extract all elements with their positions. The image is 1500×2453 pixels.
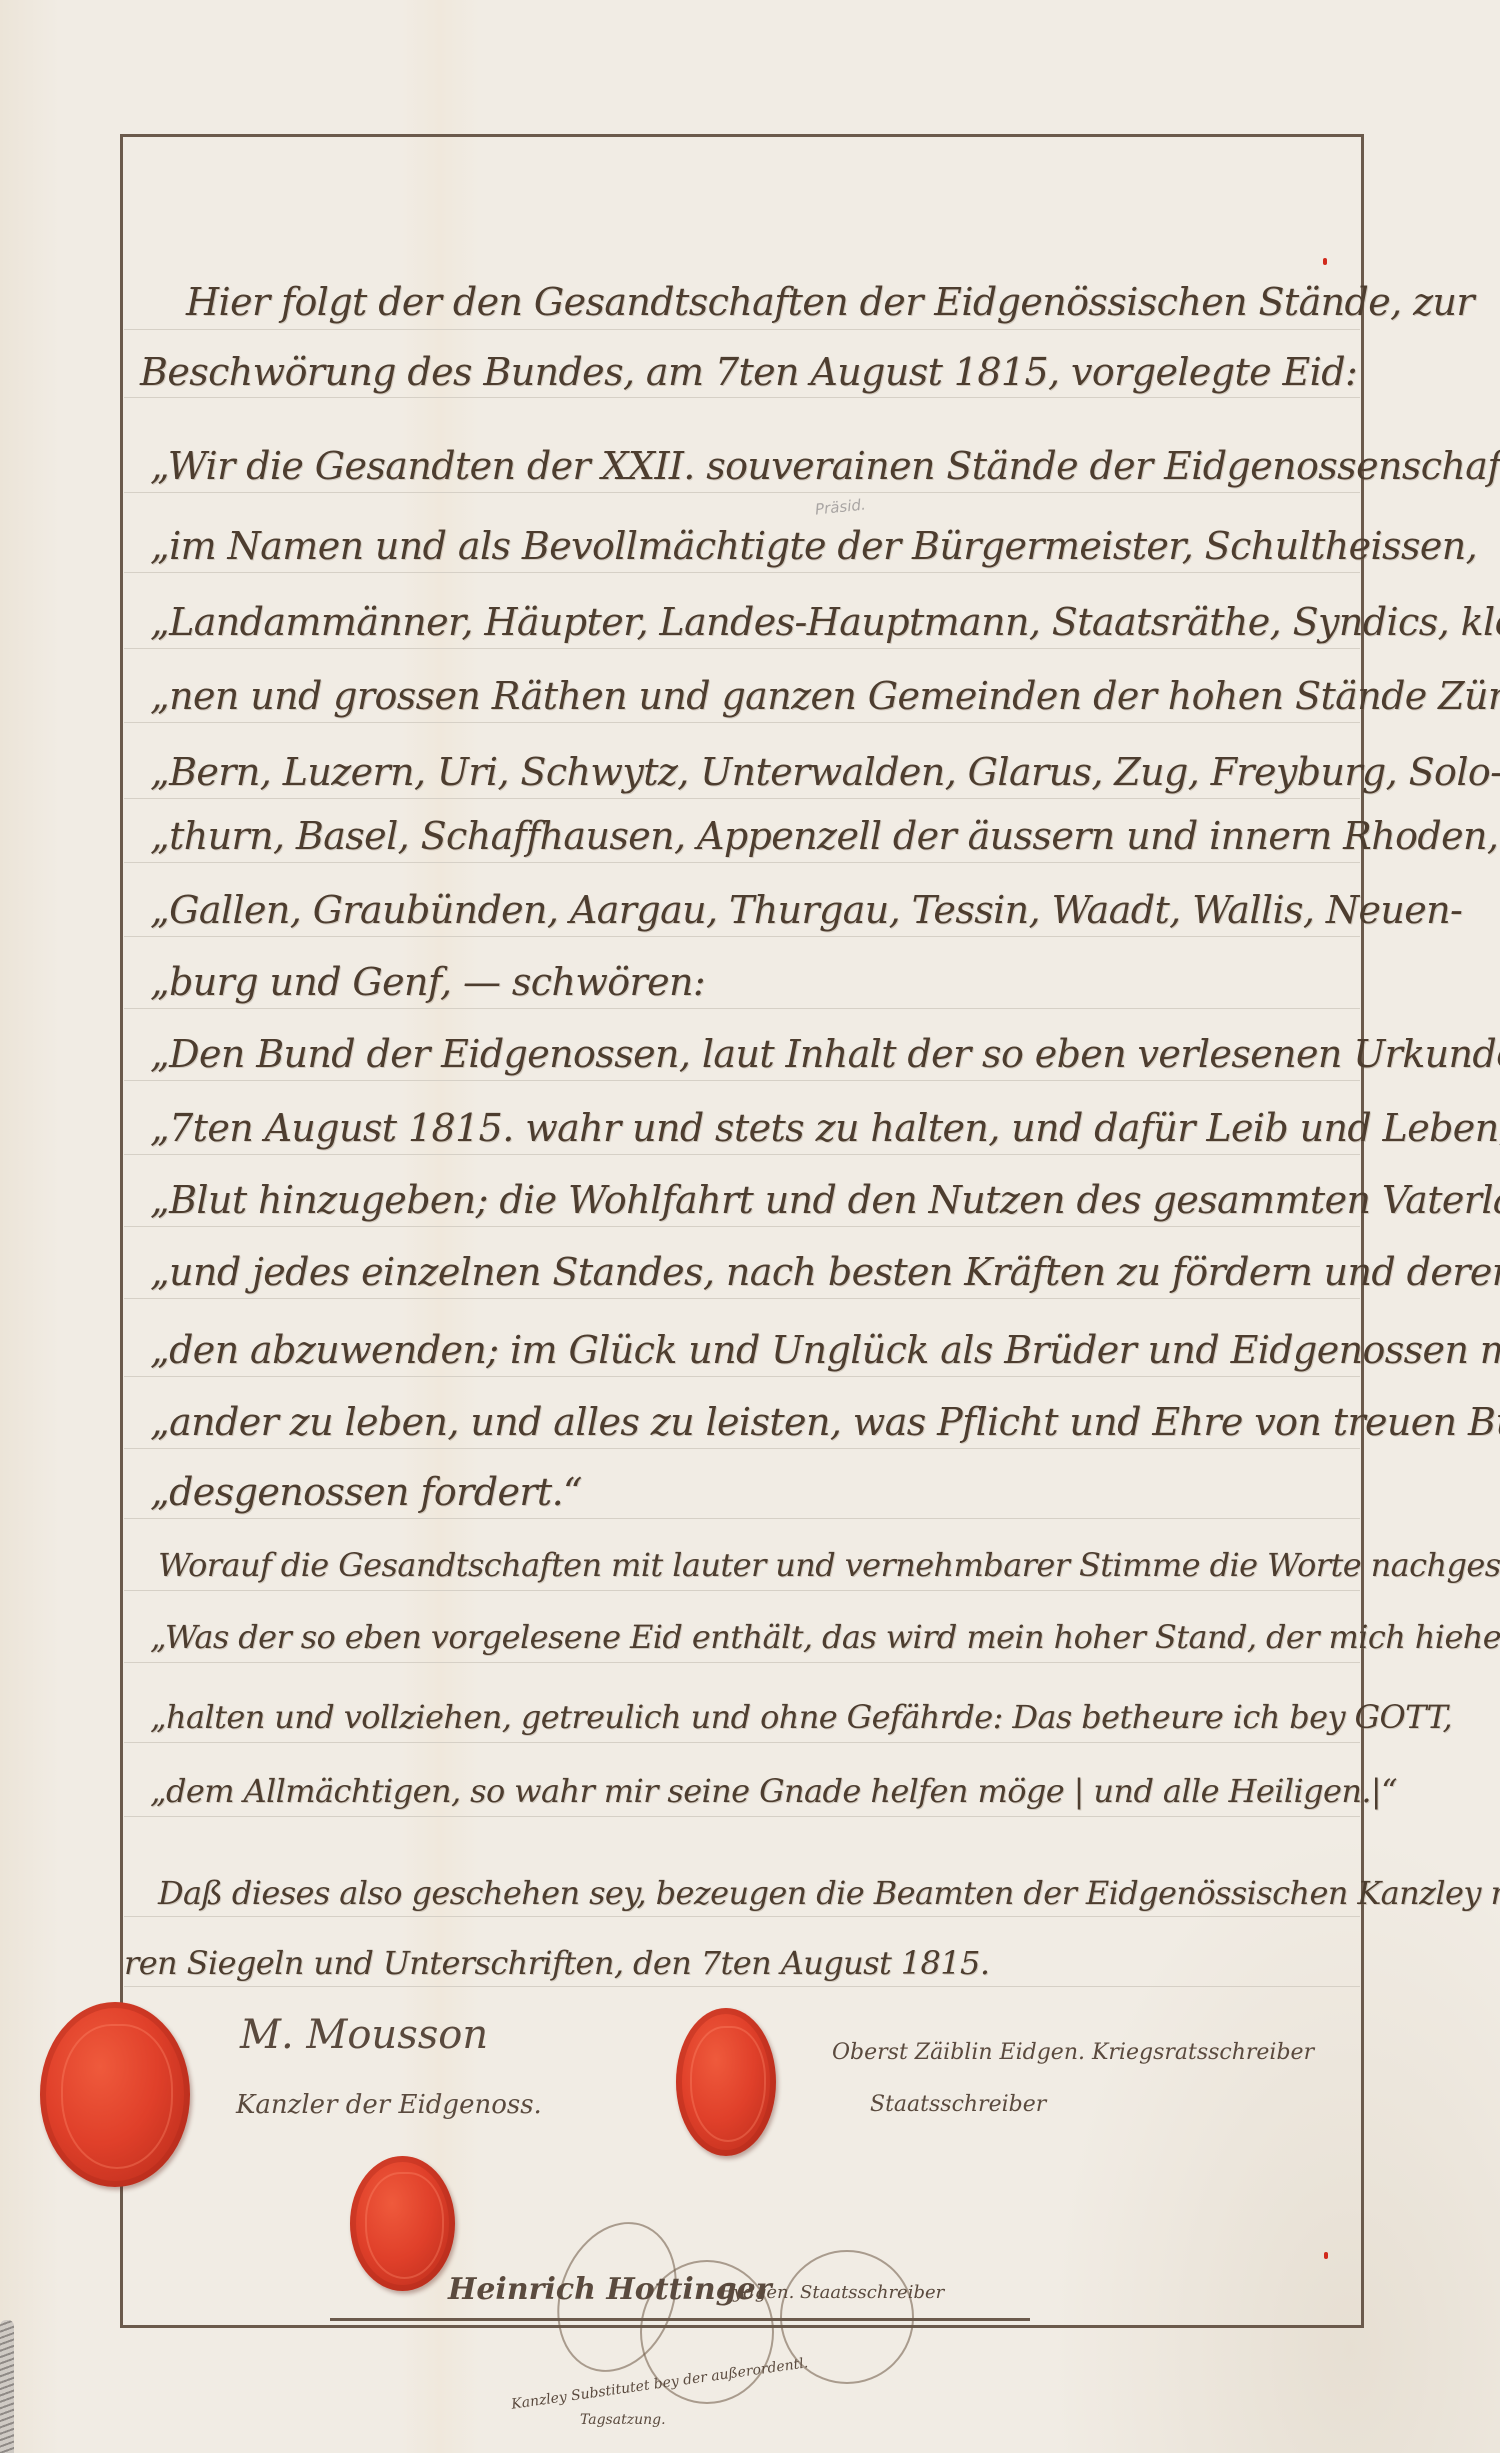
vow-line: „den abzuwenden; im Glück und Unglück al… <box>150 1328 1500 1372</box>
response-line: „dem Allmächtigen, so wahr mir seine Gna… <box>150 1772 1397 1810</box>
heading-line-1: Hier folgt der den Gesandtschaften der E… <box>186 280 1474 324</box>
oath-line: „nen und grossen Räthen und ganzen Gemei… <box>150 674 1500 718</box>
heading-line-2: Beschwörung des Bundes, am 7ten August 1… <box>140 350 1357 394</box>
oath-line: „Gallen, Graubünden, Aargau, Thurgau, Te… <box>150 888 1462 932</box>
vow-line: „7ten August 1815. wahr und stets zu hal… <box>150 1106 1500 1150</box>
ruled-line <box>124 1986 1360 1987</box>
wax-seal-icon <box>350 2156 455 2291</box>
ruled-line <box>124 1662 1360 1663</box>
binding-cord-icon <box>0 2320 14 2453</box>
signature-underline <box>330 2318 1030 2321</box>
ruled-line <box>124 1298 1360 1299</box>
ruled-line <box>124 1816 1360 1817</box>
vow-line: „Blut hinzugeben; die Wohlfahrt und den … <box>150 1178 1500 1222</box>
ruled-line <box>124 1154 1360 1155</box>
attestation-line: Daß dieses also geschehen sey, bezeugen … <box>158 1874 1500 1912</box>
vow-line: „ander zu leben, und alles zu leisten, w… <box>150 1400 1500 1444</box>
ruled-line <box>124 1590 1360 1591</box>
response-line: „Was der so eben vorgelesene Eid enthält… <box>150 1618 1500 1656</box>
vow-line: „und jedes einzelnen Standes, nach beste… <box>150 1250 1500 1294</box>
oath-line: „im Namen und als Bevollmächtigte der Bü… <box>150 524 1477 568</box>
signature-name: M. Mousson <box>240 2012 488 2058</box>
attestation-line: ren Siegeln und Unterschriften, den 7ten… <box>124 1944 989 1982</box>
response-line: Worauf die Gesandtschaften mit lauter un… <box>158 1546 1500 1584</box>
ruled-line <box>124 1008 1360 1009</box>
ruled-line <box>124 1376 1360 1377</box>
signature-title: Eydgen. Staatsschreiber <box>720 2282 944 2303</box>
ruled-line <box>124 492 1360 493</box>
ruled-line <box>124 1742 1360 1743</box>
oath-line: „Bern, Luzern, Uri, Schwytz, Unterwalden… <box>150 750 1500 794</box>
ruled-line <box>124 329 1360 330</box>
signature-subtitle: Tagsatzung. <box>580 2412 666 2428</box>
wax-seal-icon <box>40 2002 190 2187</box>
ruled-line <box>124 1916 1360 1917</box>
oath-line: „burg und Genf, — schwören: <box>150 960 705 1004</box>
oath-line: „Wir die Gesandten der XXII. souverainen… <box>150 444 1500 488</box>
wax-seal-icon <box>676 2008 776 2156</box>
ruled-line <box>124 397 1360 398</box>
red-ink-mark <box>1323 258 1327 265</box>
ruled-line <box>124 572 1360 573</box>
signature-title: Kanzler der Eidgenoss. <box>236 2090 542 2120</box>
signature-title: Staatsschreiber <box>870 2092 1046 2117</box>
ruled-line <box>124 1448 1360 1449</box>
oath-line: „thurn, Basel, Schaffhausen, Appenzell d… <box>150 814 1500 858</box>
red-ink-mark <box>1324 2252 1328 2259</box>
vow-line: „desgenossen fordert.“ <box>150 1470 582 1514</box>
ruled-line <box>124 936 1360 937</box>
ruled-line <box>124 798 1360 799</box>
vow-line: „Den Bund der Eidgenossen, laut Inhalt d… <box>150 1032 1500 1076</box>
signature-name: Oberst Zäiblin Eidgen. Kriegsratsschreib… <box>832 2040 1314 2065</box>
ruled-line <box>124 1518 1360 1519</box>
ruled-line <box>124 1080 1360 1081</box>
response-line: „halten und vollziehen, getreulich und o… <box>150 1698 1452 1736</box>
oath-line: „Landammänner, Häupter, Landes-Hauptmann… <box>150 600 1500 644</box>
ruled-line <box>124 862 1360 863</box>
ruled-line <box>124 1226 1360 1227</box>
ruled-line <box>124 648 1360 649</box>
ruled-line <box>124 722 1360 723</box>
